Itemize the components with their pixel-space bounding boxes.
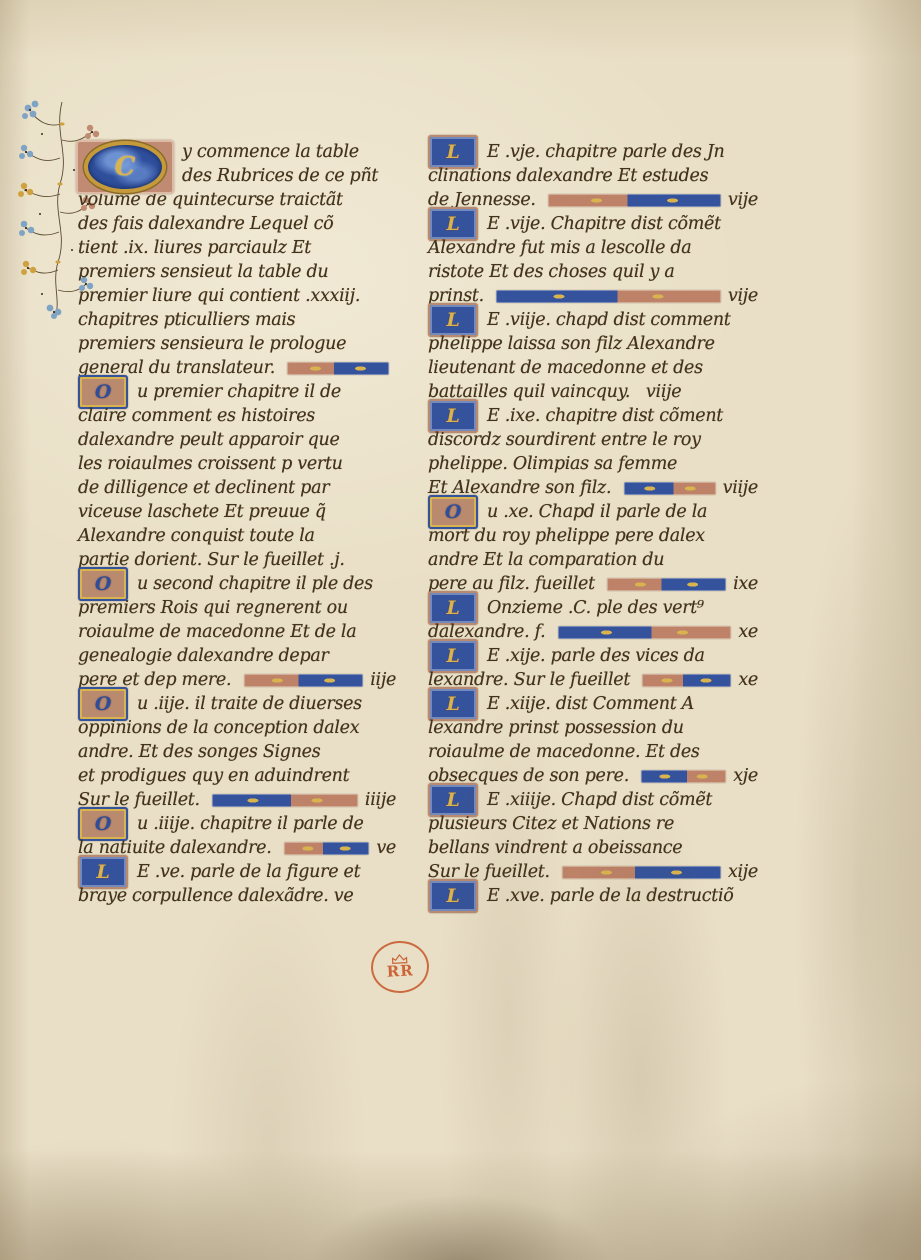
text-line: plusieurs Citez et Nations re <box>428 812 758 836</box>
text-line: lieutenant de macedonne et des <box>428 356 758 380</box>
line-text: braye corpullence dalexãdre. ve <box>78 884 353 908</box>
text-line: premiers sensieut la table du <box>78 260 396 284</box>
line-text: lieutenant de macedonne et des <box>428 356 703 380</box>
line-filler-bar <box>641 770 726 783</box>
line-text: des fais dalexandre Lequel cõ <box>78 212 333 236</box>
text-line: LE .xve. parle de la destructiõ <box>428 884 758 908</box>
text-line: premiers sensieura le prologue <box>78 332 396 356</box>
line-filler-bar <box>212 794 358 807</box>
line-filler-bar <box>624 482 716 495</box>
line-text: premier liure qui contient .xxxiij. <box>78 284 360 308</box>
stamp-letters: RR <box>386 963 414 979</box>
line-filler-bar <box>284 842 370 855</box>
line-text: E .xiiije. Chapd dist cõmẽt <box>487 788 712 812</box>
line-text: Onzieme .C. ple des vert⁹ <box>487 596 704 620</box>
text-line: Ou second chapitre il ple des <box>78 572 396 596</box>
line-filler-bar <box>642 674 731 687</box>
text-line: LE .vje. chapitre parle des Jn <box>428 140 758 164</box>
text-line: phelippe. Olimpias sa femme <box>428 452 758 476</box>
line-text: plusieurs Citez et Nations re <box>428 812 674 836</box>
line-filler-bar <box>244 674 364 687</box>
folio-number: vije <box>728 284 758 308</box>
line-filler-bar <box>548 194 721 207</box>
text-line: roiaulme de macedonne Et de la <box>78 620 396 644</box>
folio-number: viije <box>723 476 758 500</box>
text-line: viceuse laschete Et preuue q̃ <box>78 500 396 524</box>
line-text: E .xve. parle de la destructiõ <box>487 884 734 908</box>
line-text: andre. Et des songes Signes <box>78 740 320 764</box>
text-line: et prodigues quy en aduindrent <box>78 764 396 788</box>
text-line: LE .xije. parle des vices da <box>428 644 758 668</box>
line-text: u .iije. il traite de diuerses <box>137 692 362 716</box>
line-text: phelippe laissa son filz Alexandre <box>428 332 715 356</box>
line-text: dalexandre peult apparoir que <box>78 428 340 452</box>
rubric-entry: LE .xiije. dist Comment Alexandre prinst… <box>428 692 758 788</box>
text-line: roiaulme de macedonne. Et des <box>428 740 758 764</box>
initial-letter: C <box>84 141 166 193</box>
line-text: lexandre prinst possession du <box>428 716 684 740</box>
rubric-entry: Ou second chapitre il ple despremiers Ro… <box>78 572 396 692</box>
decorated-initial: L <box>428 879 478 913</box>
line-text: ristote Et des choses quil y a <box>428 260 675 284</box>
rubric-entry: Cy commence la tabledes Rubrices de ce p… <box>78 140 396 380</box>
text-line: dalexandre peult apparoir que <box>78 428 396 452</box>
line-text: u .iiije. chapitre il parle de <box>137 812 364 836</box>
text-line: les roiaulmes croissent p vertu <box>78 452 396 476</box>
rubric-entry: LE .ixe. chapitre dist cõmentdiscordz so… <box>428 404 758 500</box>
text-line: des fais dalexandre Lequel cõ <box>78 212 396 236</box>
rubric-entry: Ou .xe. Chapd il parle de lamort du roy … <box>428 500 758 596</box>
line-text: bellans vindrent a obeissance <box>428 836 682 860</box>
line-text: E .xiije. dist Comment A <box>487 692 694 716</box>
folio-number: ixe <box>733 572 758 596</box>
text-line: chapitres pticulliers mais <box>78 308 396 332</box>
folio-number: xje <box>733 764 758 788</box>
line-text: roiaulme de macedonne Et de la <box>78 620 356 644</box>
rubric-entry: Ou .iiije. chapitre il parle dela natiui… <box>78 812 396 860</box>
line-filler-bar <box>607 578 726 591</box>
line-text: phelippe. Olimpias sa femme <box>428 452 677 476</box>
text-line: tient .ix. liures parciaulz Et <box>78 236 396 260</box>
rubric-entry: LOnzieme .C. ple des vert⁹dalexandre. f.… <box>428 596 758 644</box>
text-line: Ou .iiije. chapitre il parle de <box>78 812 396 836</box>
line-text: et prodigues quy en aduindrent <box>78 764 349 788</box>
library-stamp: RR <box>370 940 431 995</box>
text-line: de dilligence et declinent par <box>78 476 396 500</box>
text-column-right: LE .vje. chapitre parle des Jnclinations… <box>428 140 758 908</box>
text-line: LE .ve. parle de la figure et <box>78 860 396 884</box>
line-filler-bar <box>287 362 389 375</box>
folio-number: vije <box>728 188 758 212</box>
text-line: LE .xiije. dist Comment A <box>428 692 758 716</box>
text-line: Ou .xe. Chapd il parle de la <box>428 500 758 524</box>
text-line: mort du roy phelippe pere dalex <box>428 524 758 548</box>
line-text: roiaulme de macedonne. Et des <box>428 740 700 764</box>
line-text: mort du roy phelippe pere dalex <box>428 524 705 548</box>
rubric-entry: Ou premier chapitre il declaire comment … <box>78 380 396 572</box>
text-line: LE .ixe. chapitre dist cõment <box>428 404 758 428</box>
line-text: y commence la table <box>182 140 359 164</box>
line-text: E .ixe. chapitre dist cõment <box>487 404 723 428</box>
line-text: u .xe. Chapd il parle de la <box>487 500 707 524</box>
text-column-left: Cy commence la tabledes Rubrices de ce p… <box>78 140 396 908</box>
rubric-entry: Ou .iije. il traite de diuersesoppinions… <box>78 692 396 812</box>
folio-number: iije <box>370 668 396 692</box>
line-text: E .vije. Chapitre dist cõmẽt <box>487 212 721 236</box>
line-text: Alexandre fut mis a lescolle da <box>428 236 691 260</box>
line-text: u second chapitre il ple des <box>137 572 373 596</box>
text-line: braye corpullence dalexãdre. ve <box>78 884 396 908</box>
line-text: tient .ix. liures parciaulz Et <box>78 236 311 260</box>
line-text: des Rubrices de ce pñt <box>182 164 378 188</box>
folio-number: xije <box>728 860 758 884</box>
line-text: clinations dalexandre Et estudes <box>428 164 708 188</box>
text-line: phelippe laissa son filz Alexandre <box>428 332 758 356</box>
rubric-entry: LE .ve. parle de la figure etbraye corpu… <box>78 860 396 908</box>
text-line: LOnzieme .C. ple des vert⁹ <box>428 596 758 620</box>
text-line: ristote Et des choses quil y a <box>428 260 758 284</box>
text-line: LE .viije. chapd dist comment <box>428 308 758 332</box>
text-line: claire comment es histoires <box>78 404 396 428</box>
rubric-entry: LE .xve. parle de la destructiõ <box>428 884 758 908</box>
text-line: Alexandre conquist toute la <box>78 524 396 548</box>
line-text: E .viije. chapd dist comment <box>487 308 731 332</box>
line-text: discordz sourdirent entre le roy <box>428 428 701 452</box>
line-filler-bar <box>558 626 732 639</box>
manuscript-page: Cy commence la tabledes Rubrices de ce p… <box>0 0 921 1260</box>
text-block: Cy commence la tabledes Rubrices de ce p… <box>78 140 770 908</box>
text-line: LE .xiiije. Chapd dist cõmẽt <box>428 788 758 812</box>
rubric-entry: LE .xije. parle des vices dalexandre. Su… <box>428 644 758 692</box>
folio-number: xe <box>738 668 758 692</box>
line-text: premiers Rois qui regnerent ou <box>78 596 348 620</box>
line-text: genealogie dalexandre depar <box>78 644 329 668</box>
line-text: premiers sensieura le prologue <box>78 332 346 356</box>
folio-number: xe <box>738 620 758 644</box>
line-text: oppinions de la conception dalex <box>78 716 359 740</box>
text-line: clinations dalexandre Et estudes <box>428 164 758 188</box>
line-text: u premier chapitre il de <box>137 380 341 404</box>
text-line: lexandre prinst possession du <box>428 716 758 740</box>
text-line: LE .vije. Chapitre dist cõmẽt <box>428 212 758 236</box>
text-line: genealogie dalexandre depar <box>78 644 396 668</box>
line-text: chapitres pticulliers mais <box>78 308 295 332</box>
line-filler-bar <box>562 866 721 879</box>
line-text: E .xije. parle des vices da <box>487 644 705 668</box>
line-text: claire comment es histoires <box>78 404 315 428</box>
rubric-entry: LE .vije. Chapitre dist cõmẽtAlexandre f… <box>428 212 758 308</box>
line-text: viceuse laschete Et preuue q̃ <box>78 500 326 524</box>
text-line: Ou .iije. il traite de diuerses <box>78 692 396 716</box>
text-line: oppinions de la conception dalex <box>78 716 396 740</box>
line-text: les roiaulmes croissent p vertu <box>78 452 343 476</box>
line-filler-bar <box>496 290 721 303</box>
rubric-entry: LE .vje. chapitre parle des Jnclinations… <box>428 140 758 212</box>
text-line: andre. Et des songes Signes <box>78 740 396 764</box>
text-line: Alexandre fut mis a lescolle da <box>428 236 758 260</box>
folio-number: iiije <box>365 788 396 812</box>
line-text: E .vje. chapitre parle des Jn <box>487 140 725 164</box>
line-text: de dilligence et declinent par <box>78 476 329 500</box>
text-line: bellans vindrent a obeissance <box>428 836 758 860</box>
text-line: premiers Rois qui regnerent ou <box>78 596 396 620</box>
text-line: premier liure qui contient .xxxiij. <box>78 284 396 308</box>
line-text: premiers sensieut la table du <box>78 260 328 284</box>
rubric-entry: LE .viije. chapd dist commentphelippe la… <box>428 308 758 404</box>
line-text: E .ve. parle de la figure et <box>137 860 360 884</box>
line-text: andre Et la comparation du <box>428 548 664 572</box>
rubric-entry: LE .xiiije. Chapd dist cõmẽtplusieurs Ci… <box>428 788 758 884</box>
text-line: discordz sourdirent entre le roy <box>428 428 758 452</box>
text-line: andre Et la comparation du <box>428 548 758 572</box>
decorated-initial: C <box>76 140 174 194</box>
folio-number: ve <box>376 836 396 860</box>
text-line: Ou premier chapitre il de <box>78 380 396 404</box>
line-text: Alexandre conquist toute la <box>78 524 315 548</box>
